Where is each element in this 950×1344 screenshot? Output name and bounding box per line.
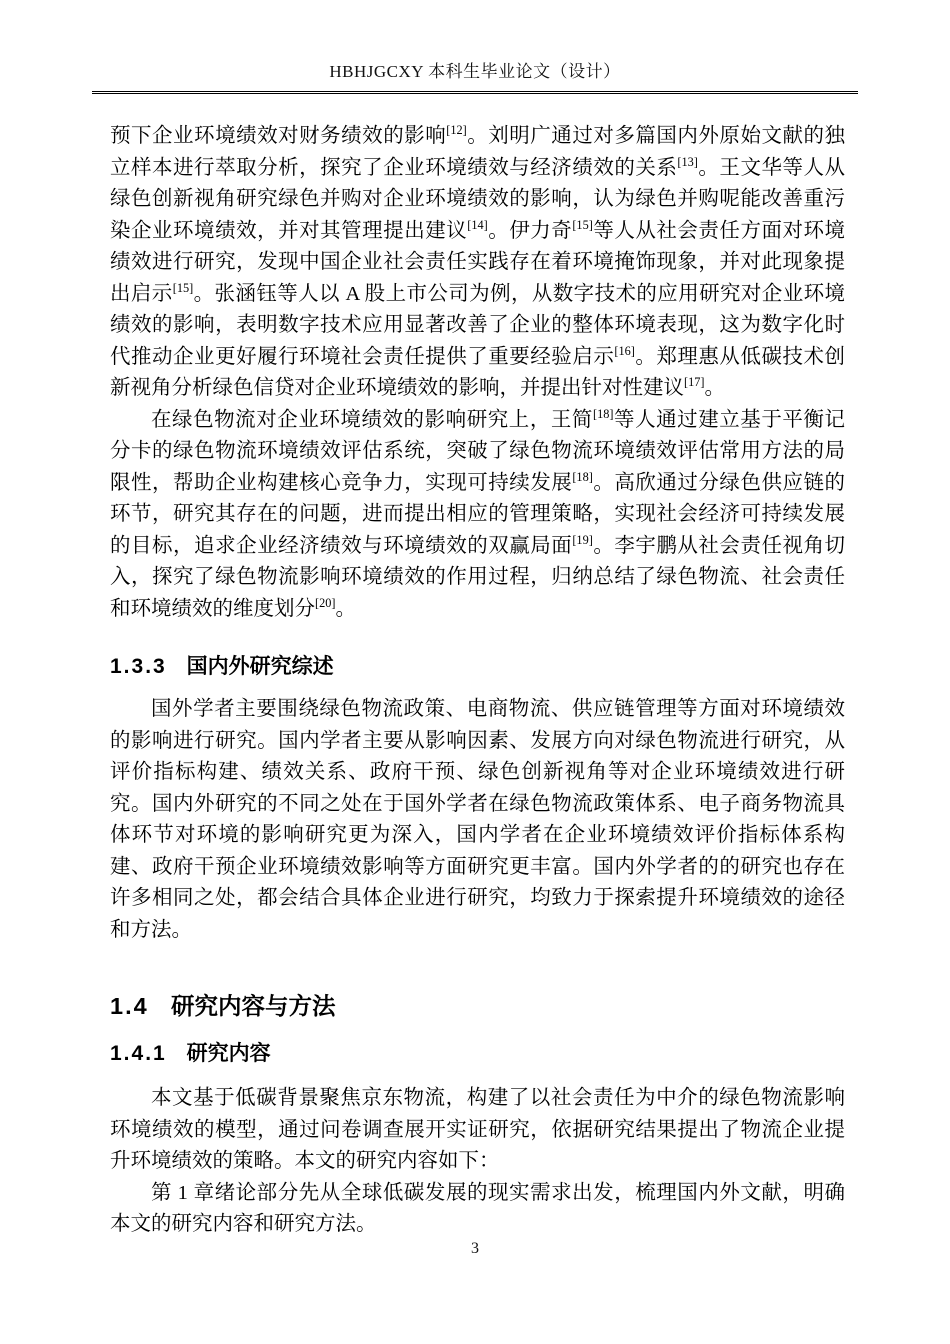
- heading-number: 1.3.3: [110, 655, 167, 678]
- paragraph-continuation: 预下企业环境绩效对财务绩效的影响[12]。刘明广通过对多篇国内外原始文献的独立样…: [110, 121, 845, 405]
- document-page: HBHJGCXY 本科生毕业论文（设计） 预下企业环境绩效对财务绩效的影响[12…: [0, 0, 950, 1344]
- paragraph-chapter-1-summary: 第 1 章绪论部分先从全球低碳发展的现实需求出发，梳理国内外文献，明确本文的研究…: [110, 1178, 845, 1241]
- heading-title: 国内外研究综述: [187, 655, 334, 678]
- page-header: HBHJGCXY 本科生毕业论文（设计）: [0, 0, 950, 94]
- heading-number: 1.4: [110, 993, 149, 1019]
- header-rule: [92, 91, 858, 94]
- heading-1-4: 1.4研究内容与方法: [110, 990, 845, 1022]
- header-title: HBHJGCXY 本科生毕业论文（设计）: [0, 0, 950, 81]
- document-body: 预下企业环境绩效对财务绩效的影响[12]。刘明广通过对多篇国内外原始文献的独立样…: [110, 121, 845, 1241]
- heading-title: 研究内容: [187, 1042, 271, 1065]
- heading-number: 1.4.1: [110, 1042, 167, 1065]
- paragraph-research-summary: 国外学者主要围绕绿色物流政策、电商物流、供应链管理等方面对环境绩效的影响进行研究…: [110, 694, 845, 946]
- heading-title: 研究内容与方法: [171, 993, 336, 1019]
- heading-1-4-1: 1.4.1研究内容: [110, 1039, 845, 1069]
- paragraph-green-logistics: 在绿色物流对企业环境绩效的影响研究上，王简[18]等人通过建立基于平衡记分卡的绿…: [110, 405, 845, 626]
- paragraph-research-content-intro: 本文基于低碳背景聚焦京东物流，构建了以社会责任为中介的绿色物流影响环境绩效的模型…: [110, 1083, 845, 1178]
- heading-1-3-3: 1.3.3国内外研究综述: [110, 652, 845, 682]
- page-number: 3: [0, 1240, 950, 1258]
